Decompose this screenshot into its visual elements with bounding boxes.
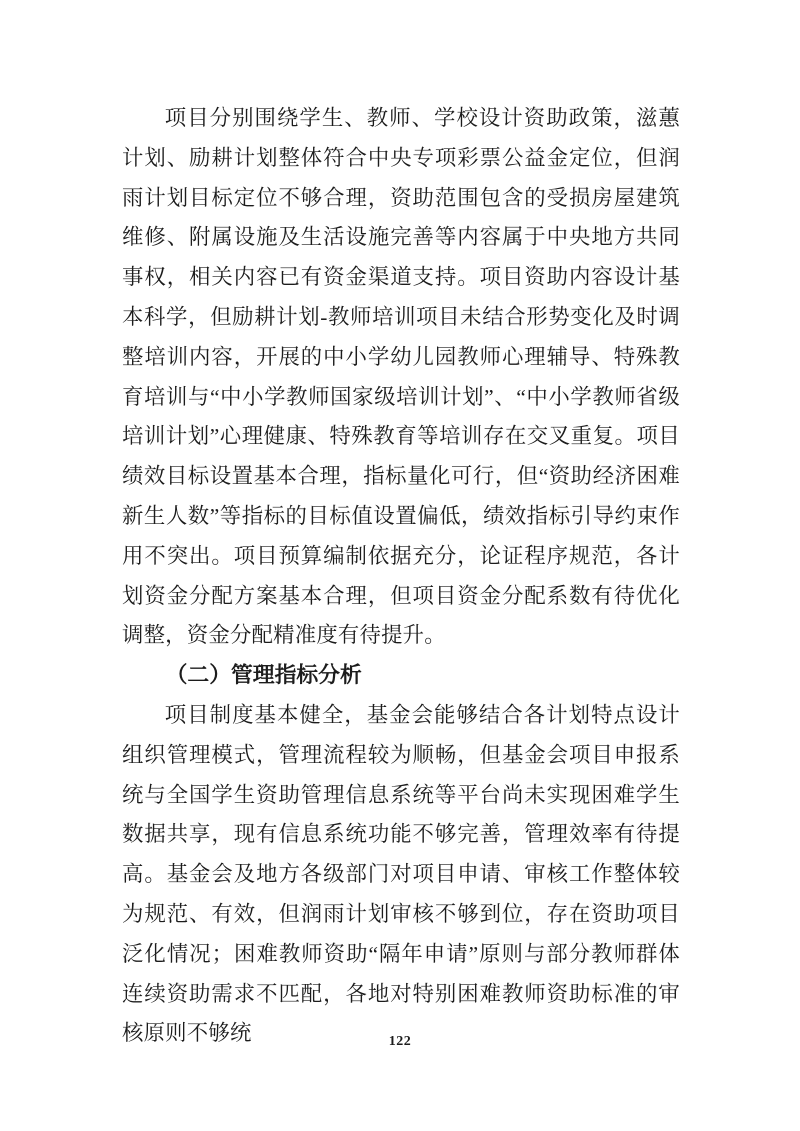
- body-paragraph-2: 项目制度基本健全，基金会能够结合各计划特点设计组织管理模式，管理流程较为顺畅，但…: [122, 696, 680, 1054]
- body-paragraph-1: 项目分别围绕学生、教师、学校设计资助政策，滋蕙计划、励耕计划整体符合中央专项彩票…: [122, 99, 680, 656]
- page-number: 122: [389, 1034, 412, 1049]
- text-content-area: 项目分别围绕学生、教师、学校设计资助政策，滋蕙计划、励耕计划整体符合中央专项彩票…: [122, 99, 680, 1054]
- section-heading: （二）管理指标分析: [122, 656, 680, 696]
- page-footer: 122: [0, 1032, 800, 1050]
- document-page: 项目分别围绕学生、教师、学校设计资助政策，滋蕙计划、励耕计划整体符合中央专项彩票…: [0, 0, 800, 1131]
